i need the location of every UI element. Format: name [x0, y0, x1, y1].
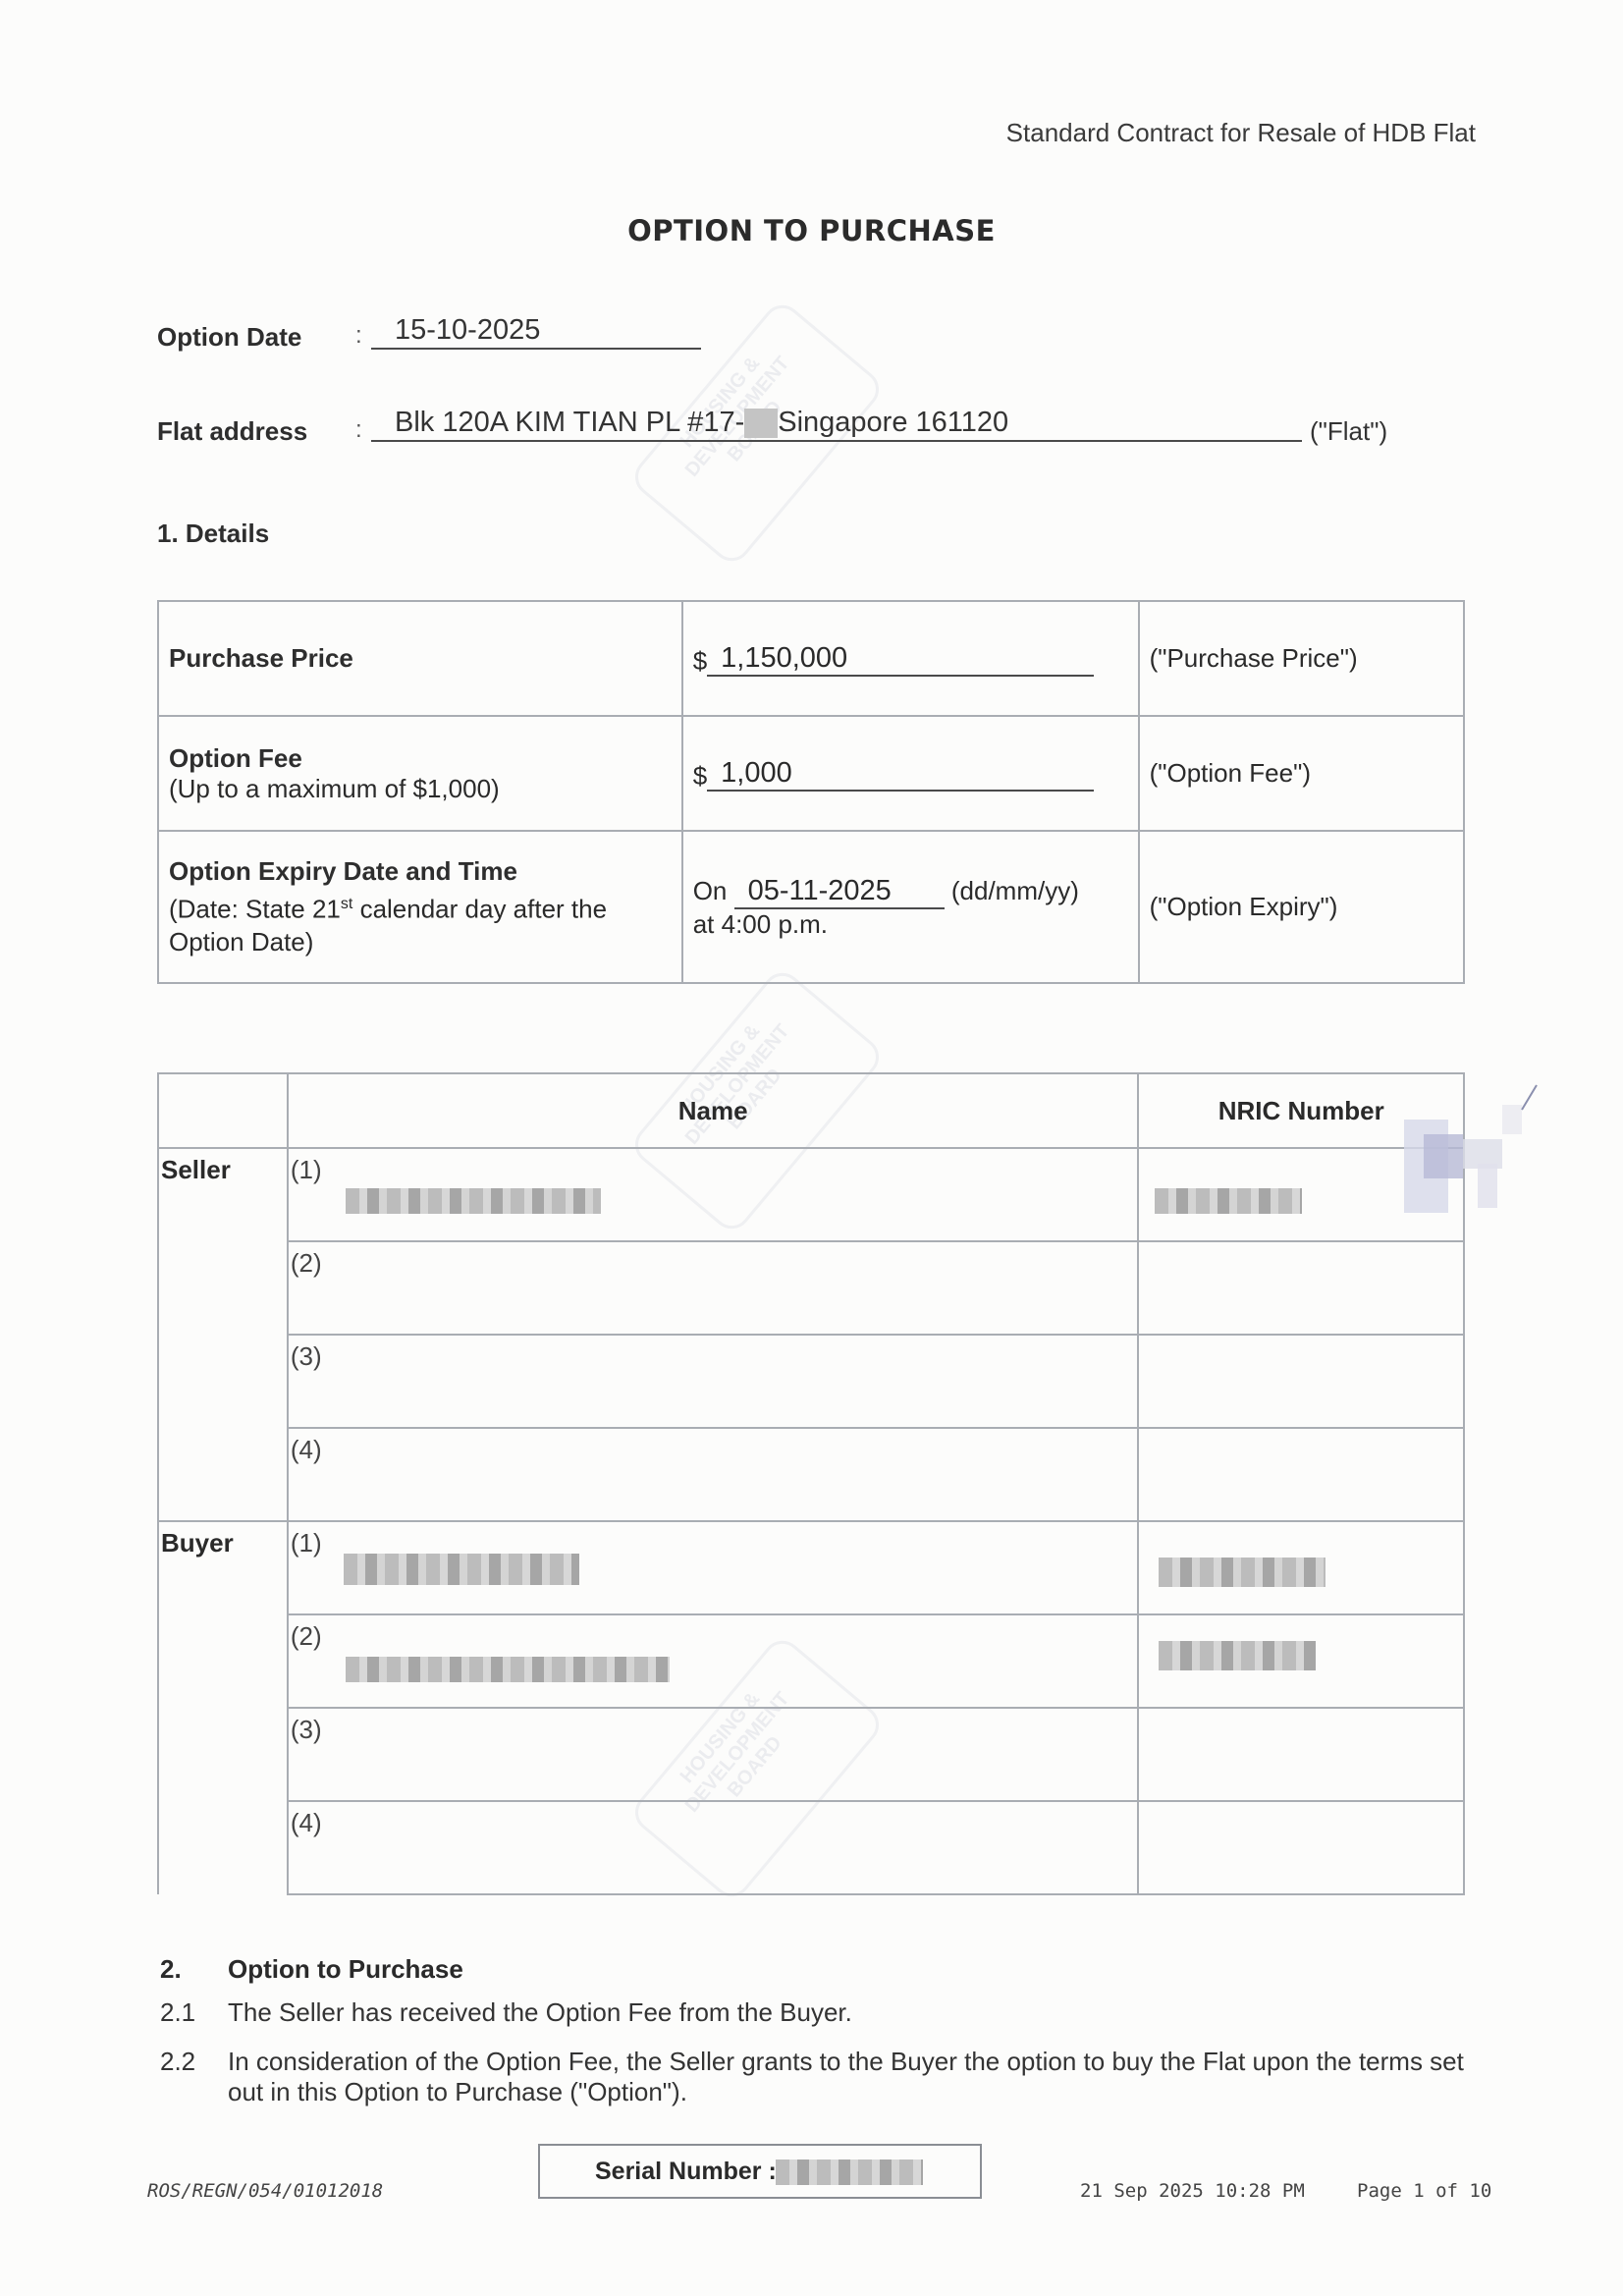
- table-row: (2): [158, 1241, 1464, 1335]
- redacted-seller-name: [346, 1188, 601, 1214]
- purchase-price-field[interactable]: 1,150,000: [707, 641, 1094, 677]
- redacted-buyer-nric: [1159, 1558, 1325, 1587]
- redacted-signature-icon: [1394, 1080, 1542, 1228]
- option-expiry-sublabel: (Date: State 21st calendar day after the…: [169, 888, 672, 958]
- option-fee-field[interactable]: 1,000: [707, 756, 1094, 792]
- buyer-label: Buyer: [158, 1521, 288, 1614]
- table-row: (4): [158, 1428, 1464, 1521]
- serial-number-label: Serial Number :: [595, 2158, 777, 2186]
- flat-address-colon: :: [355, 416, 362, 444]
- details-table: Purchase Price $ 1,150,000 ("Purchase Pr…: [157, 600, 1465, 984]
- page-title: OPTION TO PURCHASE: [0, 214, 1623, 247]
- flat-address-field[interactable]: Blk 120A KIM TIAN PL #17-Singapore 16112…: [371, 405, 1302, 442]
- table-row: Option Fee (Up to a maximum of $1,000) $…: [158, 716, 1464, 831]
- purchase-price-label: Purchase Price: [169, 643, 353, 673]
- table-header-row: Name NRIC Number: [158, 1073, 1464, 1148]
- clause-text: In consideration of the Option Fee, the …: [228, 2047, 1475, 2107]
- section-2-number: 2.: [160, 1954, 182, 1985]
- option-expiry-date-field[interactable]: 05-11-2025: [734, 875, 945, 909]
- option-date-label: Option Date: [157, 322, 301, 353]
- buyer-3-nric-field[interactable]: [1138, 1708, 1464, 1801]
- buyer-4-nric-field[interactable]: [1138, 1801, 1464, 1894]
- redacted-buyer-name: [346, 1657, 670, 1682]
- purchase-price-term: ("Purchase Price"): [1139, 601, 1464, 716]
- seller-2-nric-field[interactable]: [1138, 1241, 1464, 1335]
- table-row: (2): [158, 1614, 1464, 1708]
- option-fee-sublabel: (Up to a maximum of $1,000): [169, 774, 672, 804]
- option-expiry-time: at 4:00 p.m.: [693, 909, 1128, 940]
- table-row: Option Expiry Date and Time (Date: State…: [158, 831, 1464, 983]
- table-row: (4): [158, 1801, 1464, 1894]
- name-column-header: Name: [288, 1073, 1139, 1148]
- on-label: On: [693, 876, 728, 905]
- redacted-buyer-name: [344, 1554, 579, 1585]
- section-2-heading: Option to Purchase: [228, 1954, 463, 1985]
- table-row: (3): [158, 1708, 1464, 1801]
- clause-text: The Seller has received the Option Fee f…: [228, 1997, 1465, 2028]
- clause-number: 2.1: [160, 1997, 195, 2028]
- serial-number-box: Serial Number :: [538, 2144, 982, 2199]
- table-row: Purchase Price $ 1,150,000 ("Purchase Pr…: [158, 601, 1464, 716]
- currency-symbol: $: [693, 761, 707, 792]
- clause-number: 2.2: [160, 2047, 195, 2077]
- currency-symbol: $: [693, 646, 707, 677]
- option-expiry-label: Option Expiry Date and Time: [169, 855, 672, 888]
- form-reference: ROS/REGN/054/01012018: [147, 2180, 383, 2202]
- flat-address-start: Blk 120A KIM TIAN PL #17-: [395, 407, 744, 438]
- redacted-seller-nric: [1155, 1188, 1302, 1214]
- print-timestamp: 21 Sep 2025 10:28 PM: [1080, 2180, 1305, 2202]
- seller-4-nric-field[interactable]: [1138, 1428, 1464, 1521]
- option-date-field[interactable]: 15-10-2025: [371, 312, 701, 350]
- redacted-buyer-nric: [1159, 1641, 1316, 1670]
- date-format-hint: (dd/mm/yy): [951, 876, 1079, 905]
- flat-address-label: Flat address: [157, 416, 307, 447]
- seller-3-nric-field[interactable]: [1138, 1335, 1464, 1428]
- document-type-header: Standard Contract for Resale of HDB Flat: [1006, 118, 1476, 148]
- option-fee-term: ("Option Fee"): [1139, 716, 1464, 831]
- parties-table: Name NRIC Number Seller (1) (2) (3) (4) …: [157, 1072, 1465, 1895]
- option-expiry-term: ("Option Expiry"): [1139, 831, 1464, 983]
- seller-label: Seller: [158, 1148, 288, 1241]
- table-row: (3): [158, 1335, 1464, 1428]
- redacted-serial-number: [776, 2159, 923, 2185]
- redacted-unit-number: [744, 409, 778, 438]
- option-fee-label: Option Fee: [169, 743, 672, 774]
- page-indicator: Page 1 of 10: [1357, 2180, 1491, 2202]
- option-date-colon: :: [355, 322, 362, 350]
- section-1-heading: 1. Details: [157, 519, 269, 549]
- flat-defined-term: ("Flat"): [1310, 416, 1387, 447]
- flat-address-end: Singapore 161120: [778, 407, 1008, 438]
- table-row: Buyer (1): [158, 1521, 1464, 1614]
- table-row: Seller (1): [158, 1148, 1464, 1241]
